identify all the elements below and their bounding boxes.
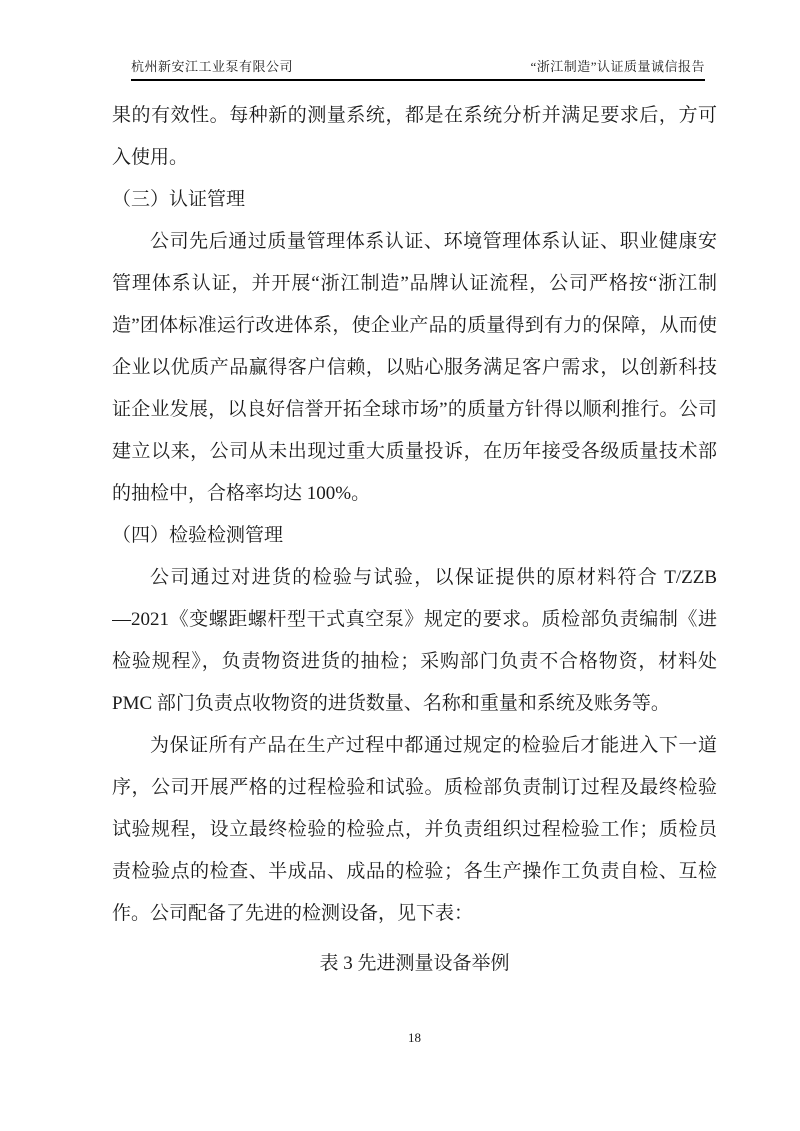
page-footer: 18 [112, 1030, 717, 1046]
body-line: —2021《变螺距螺杆型干式真空泵》规定的要求。质检部负责编制《进货 [112, 599, 717, 641]
body-line: 责检验点的检查、半成品、成品的检验；各生产操作工负责自检、互检工 [112, 851, 717, 893]
body-line: 作。公司配备了先进的检测设备，见下表： [112, 893, 717, 935]
body-line: 入使用。 [112, 137, 717, 179]
body-line: 试验规程，设立最终检验的检验点，并负责组织过程检验工作；质检员负 [112, 809, 717, 851]
body-line: 序，公司开展严格的过程检验和试验。质检部负责制订过程及最终检验和 [112, 767, 717, 809]
body-line: 为保证所有产品在生产过程中都通过规定的检验后才能进入下一道工 [112, 725, 717, 767]
body-line: PMC 部门负责点收物资的进货数量、名称和重量和系统及账务等。 [112, 683, 717, 725]
body-line: 公司通过对进货的检验与试验，以保证提供的原材料符合 T/ZZB 2103 [112, 557, 717, 599]
document-body: 果的有效性。每种新的测量系统，都是在系统分析并满足要求后，方可投 入使用。 （三… [112, 95, 717, 985]
section-heading: （三）认证管理 [112, 179, 717, 221]
body-line: 证企业发展，以良好信誉开拓全球市场”的质量方针得以顺利推行。公司 [112, 389, 717, 431]
table-caption: 表 3 先进测量设备举例 [112, 943, 717, 985]
header-company-name: 杭州新安江工业泵有限公司 [131, 56, 293, 75]
body-line: 的抽检中，合格率均达 100%。 [112, 473, 717, 515]
document-page: 杭州新安江工业泵有限公司 “浙江制造”认证质量诚信报告 果的有效性。每种新的测量… [0, 0, 800, 1131]
body-line: 造”团体标准运行改进体系，使企业产品的质量得到有力的保障，从而使 [112, 305, 717, 347]
body-line: 建立以来，公司从未出现过重大质量投诉，在历年接受各级质量技术部门 [112, 431, 717, 473]
body-line: 管理体系认证，并开展“浙江制造”品牌认证流程，公司严格按“浙江制 [112, 263, 717, 305]
body-line: 公司先后通过质量管理体系认证、环境管理体系认证、职业健康安全 [112, 221, 717, 263]
body-line: 果的有效性。每种新的测量系统，都是在系统分析并满足要求后，方可投 [112, 95, 717, 137]
header-report-title: “浙江制造”认证质量诚信报告 [530, 56, 705, 75]
section-heading: （四）检验检测管理 [112, 515, 717, 557]
page-number: 18 [408, 1030, 421, 1045]
page-header: 杭州新安江工业泵有限公司 “浙江制造”认证质量诚信报告 [131, 56, 705, 81]
body-line: 检验规程》，负责物资进货的抽检；采购部门负责不合格物资，材料处理； [112, 641, 717, 683]
body-line: 企业以优质产品赢得客户信赖，以贴心服务满足客户需求，以创新科技保 [112, 347, 717, 389]
